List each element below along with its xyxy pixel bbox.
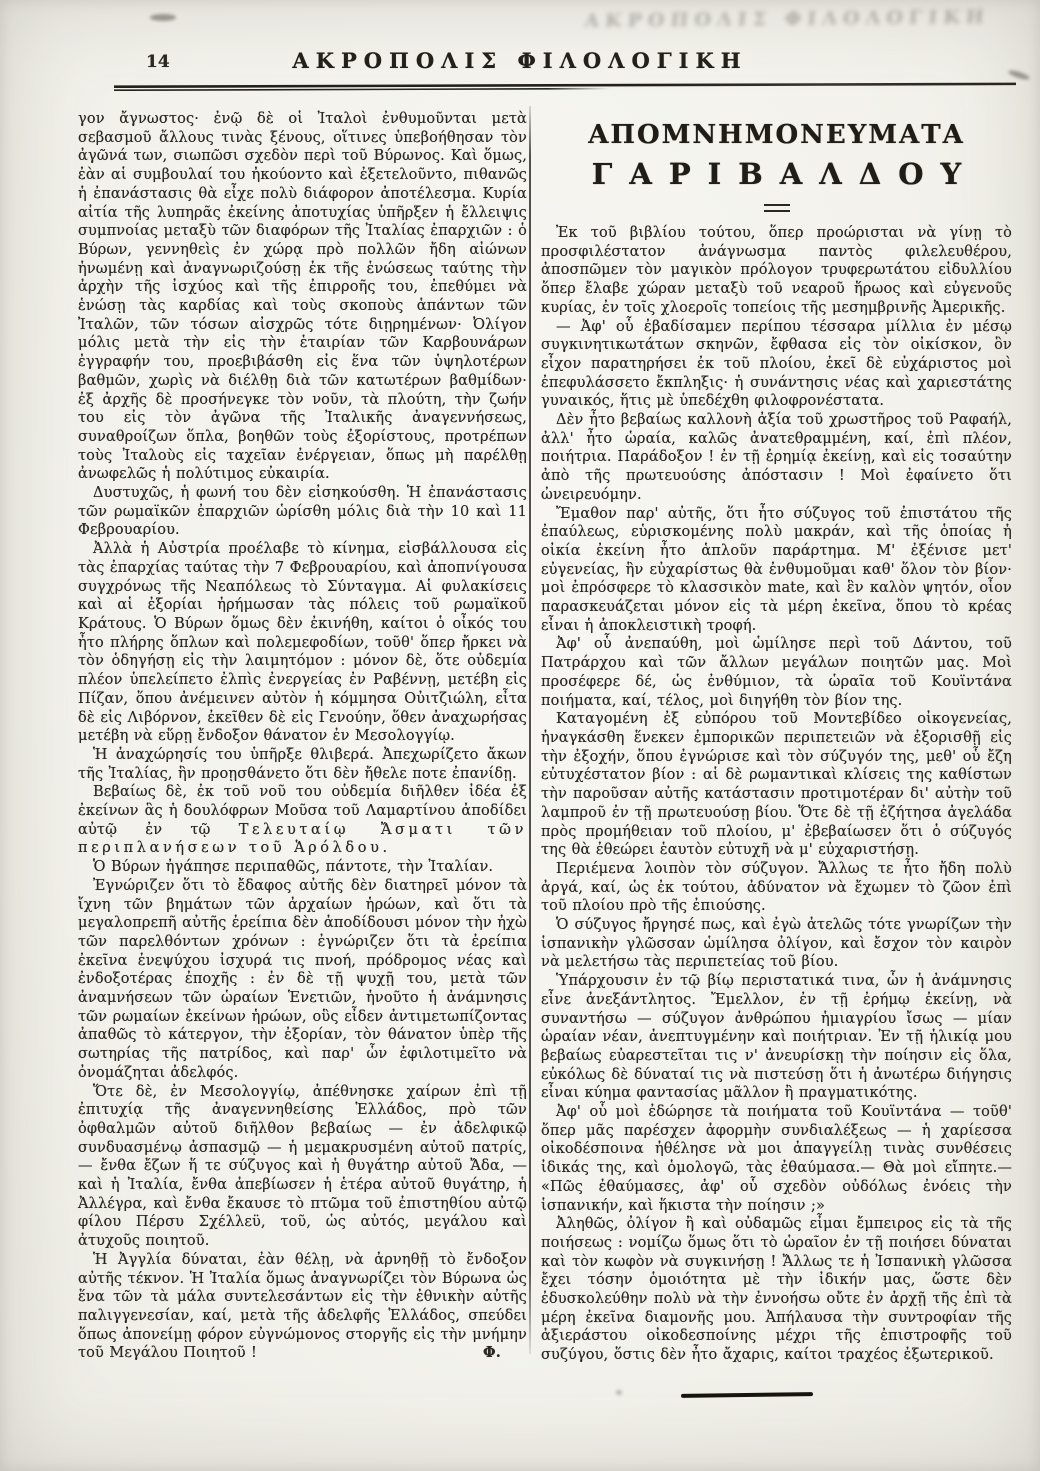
paragraph: Βεβαίως δὲ, ἐκ τοῦ νοῦ του οὐδεμία διῆλθ…	[78, 783, 527, 858]
paragraph: Ὑπάρχουσιν ἐν τῷ βίῳ περιστατικά τινα, ὧ…	[541, 972, 1012, 1103]
paragraph: Ἀφ' οὗ μοὶ ἐδώρησε τὰ ποιήματα τοῦ Κουϊν…	[541, 1103, 1012, 1215]
paragraph: Ἡ ἀναχώρησίς του ὑπῆρξε θλιβερά. Ἀπεχωρί…	[78, 746, 527, 783]
paragraph: Ἐκ τοῦ βιβλίου τούτου, ὅπερ προώρισται ν…	[541, 224, 1012, 318]
header-rule	[114, 83, 1016, 93]
paragraph: Ἀλλὰ ἡ Αὐστρία προέλαβε τὸ κίνημα, εἰσβά…	[78, 540, 527, 746]
paragraph: Ἀληθῶς, ὀλίγον ἢ καὶ οὐδαμῶς εἶμαι ἔμπει…	[541, 1215, 1012, 1365]
paragraph: Καταγομένη ἐξ εὐπόρου τοῦ Μοντεβίδεο οἰκ…	[541, 710, 1012, 860]
paragraph: γον ἄγνωστος· ἐνῷ δὲ οἱ Ἰταλοὶ ἐνθυμοῦντ…	[78, 110, 527, 484]
ink-bleed-ghost: ΑΚΡΟΠΟΛΙΣ ΦΙΛΟΛΟΓΙΚΗ	[551, 6, 1023, 33]
paragraph: — Ἀφ' οὗ ἐβαδίσαμεν περίπου τέσσαρα μίλλ…	[541, 318, 1012, 412]
right-column: ΑΠΟΜΝΗΜΟΝΕΥΜΑΤΑ ΓΑΡΙΒΑΛΔΟΥ Ἐκ τοῦ βιβλίο…	[541, 106, 1012, 1397]
paragraph: Ἡ Ἀγγλία δύναται, ἐὰν θέλῃ, νὰ ἀρνηθῇ τὸ…	[78, 1251, 527, 1363]
author-initial: Φ.	[468, 1344, 501, 1363]
article-title: ΑΠΟΜΝΗΜΟΝΕΥΜΑΤΑ	[541, 120, 1012, 150]
paragraph: Ἔμαθον παρ' αὐτῆς, ὅτι ἦτο σύζυγος τοῦ ἐ…	[541, 505, 1012, 636]
scan-artifact	[150, 14, 176, 21]
paragraph: Ὁ Βύρων ἠγάπησε περιπαθῶς, πάντοτε, τὴν …	[78, 858, 527, 877]
paragraph: Ὁ σύζυγος ἤργησέ πως, καὶ ἐγὼ ἀτελῶς τότ…	[541, 916, 1012, 972]
end-of-article-rule	[681, 1392, 813, 1398]
paragraph: Ἐγνώριζεν ὅτι τὸ ἔδαφος αὐτῆς δὲν διατηρ…	[78, 877, 527, 1083]
article-header: ΑΠΟΜΝΗΜΟΝΕΥΜΑΤΑ ΓΑΡΙΒΑΛΔΟΥ	[541, 120, 1012, 212]
masthead-title: ΑΚΡΟΠΟΛΙΣ ΦΙΛΟΛΟΓΙΚΗ	[0, 48, 1040, 73]
paragraph: Δυστυχῶς, ἡ φωνή του δὲν εἰσηκούσθη. Ἡ ἐ…	[78, 484, 527, 540]
paragraph: Περιέμενα λοιπὸν τὸν σύζυγον. Ἄλλως τε ἦ…	[541, 860, 1012, 916]
article-subtitle: ΓΑΡΙΒΑΛΔΟΥ	[541, 157, 1012, 191]
column-divider	[529, 106, 531, 1354]
paragraph-text: .	[383, 840, 388, 856]
left-column: γον ἄγνωστος· ἐνῷ δὲ οἱ Ἰταλοὶ ἐνθυμοῦντ…	[78, 110, 527, 1363]
paragraph: Ὅτε δὲ, ἐν Μεσολογγίῳ, ἀπέθνησκε χαίρων …	[78, 1083, 527, 1251]
paragraph: Δὲν ἦτο βεβαίως καλλονὴ ἀξία τοῦ χρωστῆρ…	[541, 411, 1012, 505]
paragraph: Ἀφ' οὗ ἀνεπαύθη, μοὶ ὡμίλησε περὶ τοῦ Δά…	[541, 635, 1012, 710]
title-divider	[764, 204, 790, 212]
paragraph-text: Ἡ Ἀγγλία δύναται, ἐὰν θέλῃ, νὰ ἀρνηθῇ τὸ…	[78, 1252, 527, 1362]
newspaper-page: ΑΚΡΟΠΟΛΙΣ ΦΙΛΟΛΟΓΙΚΗ 14 ΑΚΡΟΠΟΛΙΣ ΦΙΛΟΛΟ…	[0, 0, 1040, 1471]
